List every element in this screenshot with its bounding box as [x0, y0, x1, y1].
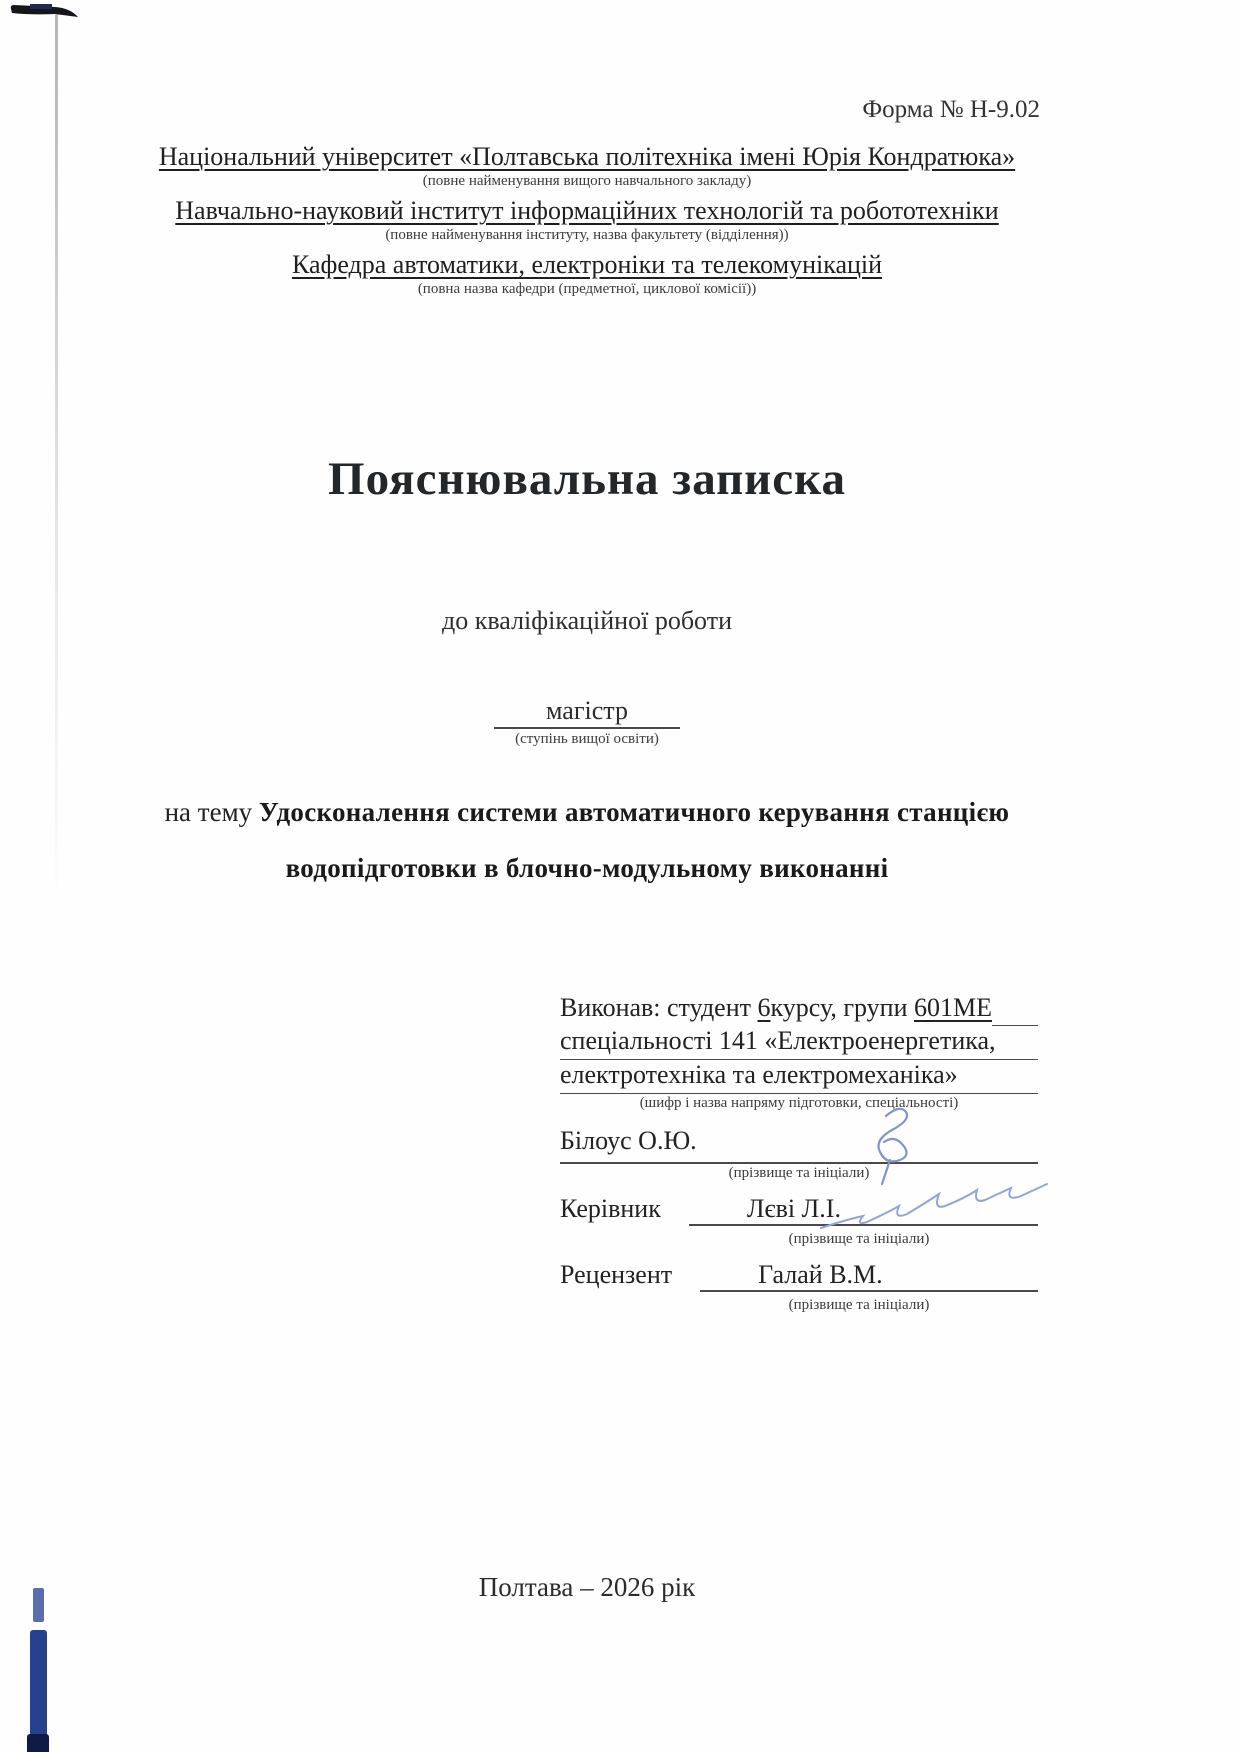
- document-page: Форма № Н-9.02 Національний університет …: [0, 0, 1240, 1752]
- institute-name: Навчально-науковий інститут інформаційни…: [117, 196, 1057, 226]
- theme-block: на тему Удосконалення системи автоматичн…: [117, 784, 1057, 896]
- theme-prefix: на тему: [165, 797, 259, 827]
- university-name: Національний університет «Полтавська пол…: [117, 142, 1057, 172]
- page-subtitle: до кваліфікаційної роботи: [117, 606, 1057, 636]
- supervisor-label: Керівник: [560, 1194, 689, 1224]
- theme-title-part1: Удосконалення системи автоматичного керу…: [259, 797, 1009, 827]
- degree-block: магістр (ступінь вищої освіти): [117, 696, 1057, 748]
- author-block: Виконав: студент 6 курсу, групи 601МЕ сп…: [560, 993, 1038, 1318]
- supervisor-name: Лєві Л.І.: [689, 1194, 1038, 1226]
- executed-prefix: Виконав: студент: [560, 993, 751, 1023]
- specialty-caption: (шифр і назва напряму підготовки, спеціа…: [560, 1095, 1038, 1112]
- specialty-line-1: спеціальності 141 «Електроенергетика,: [560, 1026, 1038, 1060]
- binding-mark-bar: [30, 1630, 47, 1738]
- institute-caption: (повне найменування інституту, назва фак…: [117, 227, 1057, 244]
- course-number: 6: [758, 993, 771, 1023]
- scan-crease-line: [55, 14, 58, 904]
- specialty-line-2: електротехніка та електромеханіка»: [560, 1060, 1038, 1094]
- theme-line-1: на тему Удосконалення системи автоматичн…: [117, 784, 1057, 840]
- form-number: Форма № Н-9.02: [700, 96, 1040, 124]
- theme-title-part2: водопідготовки в блочно-модульному викон…: [286, 853, 889, 883]
- department-name: Кафедра автоматики, електроніки та телек…: [117, 250, 1057, 280]
- executed-underline-fill: [992, 993, 1038, 1026]
- document-header: Національний університет «Полтавська пол…: [117, 142, 1057, 304]
- reviewer-label: Рецензент: [560, 1260, 700, 1290]
- city-year: Полтава – 2026 рік: [117, 1572, 1057, 1603]
- reviewer-name: Галай В.М.: [700, 1260, 1038, 1292]
- reviewer-row: Рецензент Галай В.М.: [560, 1260, 1038, 1296]
- university-caption: (повне найменування вищого навчального з…: [117, 173, 1057, 190]
- author-name: Білоус О.Ю.: [560, 1126, 697, 1155]
- reviewer-caption: (прізвище та ініціали): [560, 1297, 1038, 1314]
- binding-mark-corner: [27, 1734, 49, 1752]
- degree-value: магістр: [494, 696, 680, 729]
- author-caption: (прізвище та ініціали): [560, 1165, 1038, 1182]
- page-title: Пояснювальна записка: [117, 452, 1057, 506]
- degree-caption: (ступінь вищої освіти): [117, 731, 1057, 748]
- group-number: 601МЕ: [914, 993, 992, 1023]
- executed-between: курсу, групи: [771, 993, 908, 1023]
- theme-line-2: водопідготовки в блочно-модульному викон…: [117, 840, 1057, 896]
- author-name-row: Білоус О.Ю.: [560, 1126, 1038, 1164]
- executed-row: Виконав: студент 6 курсу, групи 601МЕ: [560, 993, 1038, 1026]
- supervisor-caption: (прізвище та ініціали): [560, 1231, 1038, 1248]
- binding-mark-top: [33, 1588, 44, 1622]
- department-caption: (повна назва кафедри (предметної, циклов…: [117, 281, 1057, 298]
- supervisor-row: Керівник Лєві Л.І.: [560, 1194, 1038, 1230]
